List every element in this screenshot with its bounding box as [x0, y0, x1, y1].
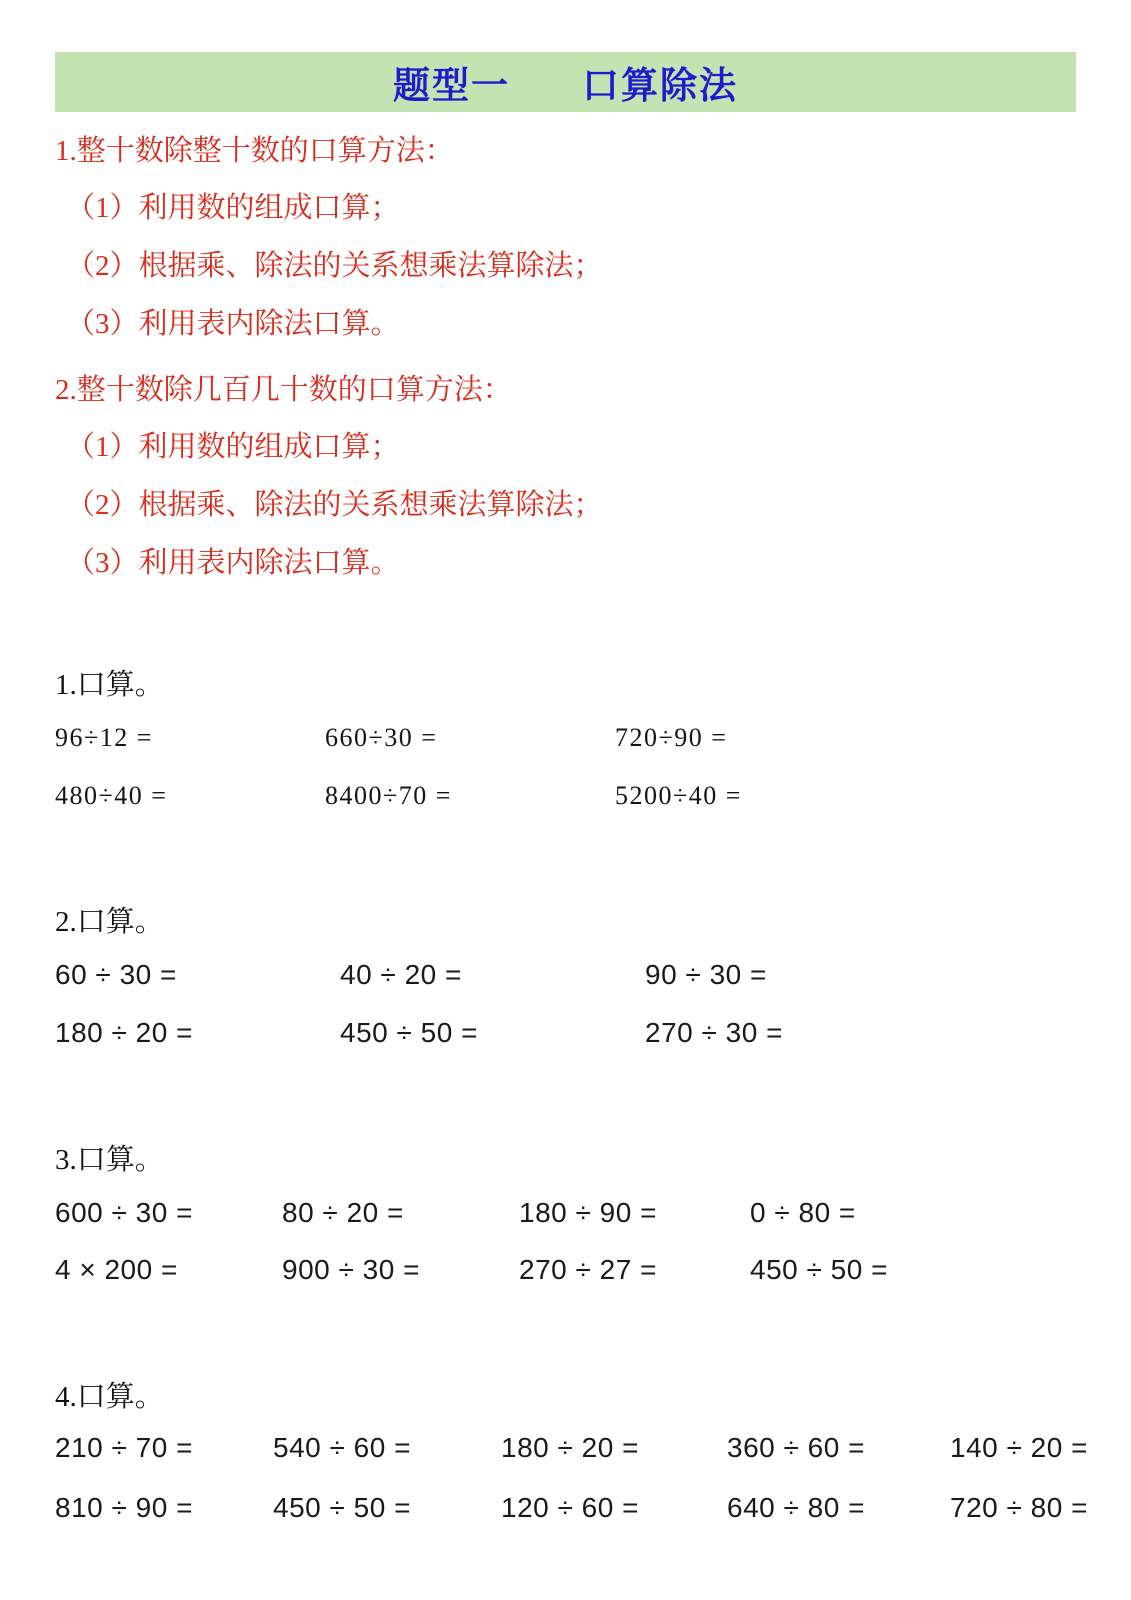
- equation: 5200÷40 =: [615, 781, 1076, 811]
- note-1-item-3: （3）利用表内除法口算。: [66, 301, 400, 342]
- equation: 270 ÷ 30 =: [645, 1017, 1076, 1049]
- equation: 900 ÷ 30 =: [282, 1254, 519, 1286]
- equation: 640 ÷ 80 =: [727, 1492, 950, 1524]
- exercise-2-label: 2.口算。: [55, 899, 164, 940]
- exercise-1-row-2: 480÷40 = 8400÷70 = 5200÷40 =: [55, 781, 1076, 811]
- exercise-4-row-1: 210 ÷ 70 = 540 ÷ 60 = 180 ÷ 20 = 360 ÷ 6…: [55, 1432, 1076, 1464]
- equation: 450 ÷ 50 =: [273, 1492, 501, 1524]
- note-1-item-1: （1）利用数的组成口算；: [66, 185, 400, 226]
- note-2-item-2: （2）根据乘、除法的关系想乘法算除法；: [66, 482, 603, 523]
- note-2-item-3: （3）利用表内除法口算。: [66, 540, 400, 581]
- equation: 80 ÷ 20 =: [282, 1197, 519, 1229]
- exercise-2-row-2: 180 ÷ 20 = 450 ÷ 50 = 270 ÷ 30 =: [55, 1017, 1076, 1049]
- page-title: 题型一口算除法: [393, 55, 738, 109]
- equation: 210 ÷ 70 =: [55, 1432, 273, 1464]
- note-2-heading: 2.整十数除几百几十数的口算方法：: [55, 367, 512, 408]
- equation: 40 ÷ 20 =: [340, 959, 645, 991]
- equation: 90 ÷ 30 =: [645, 959, 1076, 991]
- equation: 4 × 200 =: [55, 1254, 282, 1286]
- equation: 96÷12 =: [55, 723, 325, 753]
- equation: 0 ÷ 80 =: [750, 1197, 1076, 1229]
- equation: 600 ÷ 30 =: [55, 1197, 282, 1229]
- exercise-4-row-2: 810 ÷ 90 = 450 ÷ 50 = 120 ÷ 60 = 640 ÷ 8…: [55, 1492, 1076, 1524]
- equation: 60 ÷ 30 =: [55, 959, 340, 991]
- exercise-2-row-1: 60 ÷ 30 = 40 ÷ 20 = 90 ÷ 30 =: [55, 959, 1076, 991]
- equation: 720÷90 =: [615, 723, 1076, 753]
- title-topic-label: 口算除法: [582, 65, 738, 106]
- equation: 450 ÷ 50 =: [750, 1254, 1076, 1286]
- equation: 140 ÷ 20 =: [950, 1432, 1088, 1464]
- equation: 120 ÷ 60 =: [501, 1492, 727, 1524]
- equation: 180 ÷ 20 =: [55, 1017, 340, 1049]
- equation: 180 ÷ 90 =: [519, 1197, 750, 1229]
- title-type-label: 题型一: [393, 65, 510, 106]
- note-2-item-1: （1）利用数的组成口算；: [66, 424, 400, 465]
- worksheet-page: 题型一口算除法 1.整十数除整十数的口算方法： （1）利用数的组成口算； （2）…: [0, 0, 1131, 1600]
- equation: 180 ÷ 20 =: [501, 1432, 727, 1464]
- exercise-1-row-1: 96÷12 = 660÷30 = 720÷90 =: [55, 723, 1076, 753]
- equation: 540 ÷ 60 =: [273, 1432, 501, 1464]
- exercise-3-label: 3.口算。: [55, 1137, 164, 1178]
- equation: 450 ÷ 50 =: [340, 1017, 645, 1049]
- equation: 270 ÷ 27 =: [519, 1254, 750, 1286]
- note-1-heading: 1.整十数除整十数的口算方法：: [55, 128, 454, 169]
- title-banner: 题型一口算除法: [55, 52, 1076, 112]
- exercise-4-label: 4.口算。: [55, 1374, 164, 1415]
- equation: 720 ÷ 80 =: [950, 1492, 1088, 1524]
- equation: 8400÷70 =: [325, 781, 615, 811]
- equation: 360 ÷ 60 =: [727, 1432, 950, 1464]
- equation: 810 ÷ 90 =: [55, 1492, 273, 1524]
- note-1-item-2: （2）根据乘、除法的关系想乘法算除法；: [66, 243, 603, 284]
- exercise-1-label: 1.口算。: [55, 662, 164, 703]
- equation: 480÷40 =: [55, 781, 325, 811]
- exercise-3-row-2: 4 × 200 = 900 ÷ 30 = 270 ÷ 27 = 450 ÷ 50…: [55, 1254, 1076, 1286]
- exercise-3-row-1: 600 ÷ 30 = 80 ÷ 20 = 180 ÷ 90 = 0 ÷ 80 =: [55, 1197, 1076, 1229]
- equation: 660÷30 =: [325, 723, 615, 753]
